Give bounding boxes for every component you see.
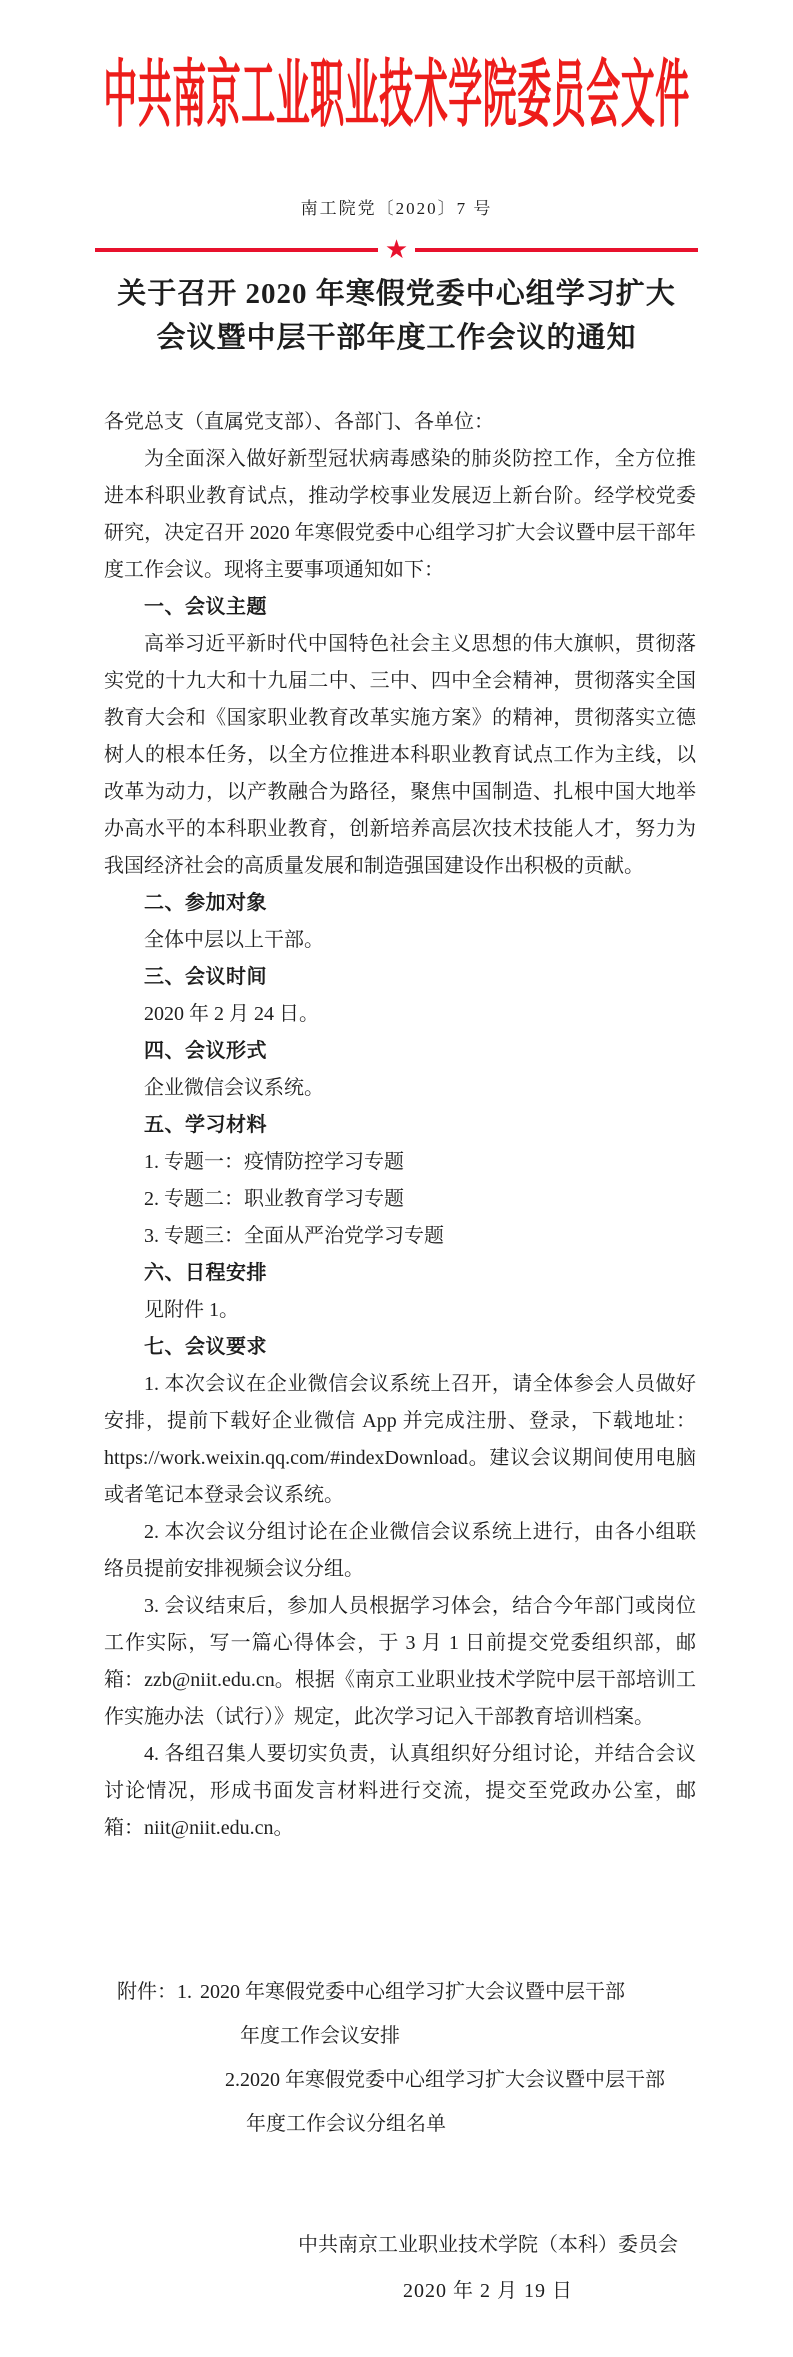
signature-name: 中共南京工业职业技术学院（本科）委员会 xyxy=(273,2232,703,2258)
red-divider: ★ xyxy=(95,240,698,260)
body-paragraph: 高举习近平新时代中国特色社会主义思想的伟大旗帜，贯彻落实党的十九大和十九届二中、… xyxy=(104,626,696,885)
section-heading-2: 二、参加对象 xyxy=(104,885,696,922)
section-heading-7: 七、会议要求 xyxy=(104,1329,696,1366)
body-paragraph: 4. 各组召集人要切实负责，认真组织好分组讨论，并结合会议讨论情况，形成书面发言… xyxy=(104,1736,696,1847)
attachment-item-1-line-2: 年度工作会议安排 xyxy=(240,2014,793,2058)
notice-title-line-1: 关于召开 2020 年寒假党委中心组学习扩大 xyxy=(117,278,676,310)
divider-line-right xyxy=(415,248,698,252)
signature-date: 2020 年 2 月 19 日 xyxy=(273,2278,703,2304)
attachment-item-1-line-1: 附件：1.2020 年寒假党委中心组学习扩大会议暨中层干部 xyxy=(117,1970,793,2014)
document-number: 南工院党〔2020〕7 号 xyxy=(0,194,793,219)
salutation: 各党总支（直属党支部）、各部门、各单位： xyxy=(104,404,696,441)
body-paragraph: 见附件 1。 xyxy=(104,1292,696,1329)
section-heading-1: 一、会议主题 xyxy=(104,589,696,626)
attachment-2-text: 2020 年寒假党委中心组学习扩大会议暨中层干部 xyxy=(240,2069,665,2091)
section-heading-4: 四、会议形式 xyxy=(104,1033,696,1070)
star-icon: ★ xyxy=(385,240,408,260)
official-document-page: 中共南京工业职业技术学院委员会文件 南工院党〔2020〕7 号 ★ 关于召开 2… xyxy=(0,0,793,2357)
list-item: 3. 专题三：全面从严治党学习专题 xyxy=(104,1218,696,1255)
list-item: 1. 专题一：疫情防控学习专题 xyxy=(104,1144,696,1181)
notice-title-line-2: 会议暨中层干部年度工作会议的通知 xyxy=(156,322,636,354)
body-paragraph: 3. 会议结束后，参加人员根据学习体会，结合今年部门或岗位工作实际，写一篇心得体… xyxy=(104,1588,696,1736)
body-paragraph: 1. 本次会议在企业微信会议系统上召开，请全体参会人员做好安排，提前下载好企业微… xyxy=(104,1366,696,1514)
intro-paragraph: 为全面深入做好新型冠状病毒感染的肺炎防控工作，全方位推进本科职业教育试点，推动学… xyxy=(104,441,696,589)
body-paragraph: 全体中层以上干部。 xyxy=(104,922,696,959)
section-heading-6: 六、日程安排 xyxy=(104,1255,696,1292)
attachment-1-number: 1. xyxy=(177,1981,192,2003)
notice-title: 关于召开 2020 年寒假党委中心组学习扩大 会议暨中层干部年度工作会议的通知 xyxy=(0,272,793,360)
attachments-label: 附件： xyxy=(117,1981,177,2003)
attachments-block: 附件：1.2020 年寒假党委中心组学习扩大会议暨中层干部 年度工作会议安排 2… xyxy=(0,1970,793,2146)
divider-line-left xyxy=(95,248,378,252)
body-paragraph: 2. 本次会议分组讨论在企业微信会议系统上进行，由各小组联络员提前安排视频会议分… xyxy=(104,1514,696,1588)
attachment-item-2-line-1: 2.2020 年寒假党委中心组学习扩大会议暨中层干部 xyxy=(225,2058,793,2102)
section-heading-5: 五、学习材料 xyxy=(104,1107,696,1144)
body-paragraph: 2020 年 2 月 24 日。 xyxy=(104,996,696,1033)
attachment-1-text: 2020 年寒假党委中心组学习扩大会议暨中层干部 xyxy=(200,1981,625,2003)
letterhead-title: 中共南京工业职业技术学院委员会文件 xyxy=(103,57,690,137)
signature-block: 中共南京工业职业技术学院（本科）委员会 2020 年 2 月 19 日 xyxy=(273,2232,703,2304)
document-body: 各党总支（直属党支部）、各部门、各单位： 为全面深入做好新型冠状病毒感染的肺炎防… xyxy=(104,404,696,1964)
list-item: 2. 专题二：职业教育学习专题 xyxy=(104,1181,696,1218)
letterhead: 中共南京工业职业技术学院委员会文件 xyxy=(0,57,793,141)
attachment-2-number: 2. xyxy=(225,2069,240,2091)
body-paragraph: 企业微信会议系统。 xyxy=(104,1070,696,1107)
section-heading-3: 三、会议时间 xyxy=(104,959,696,996)
attachment-item-2-line-2: 年度工作会议分组名单 xyxy=(246,2102,793,2146)
